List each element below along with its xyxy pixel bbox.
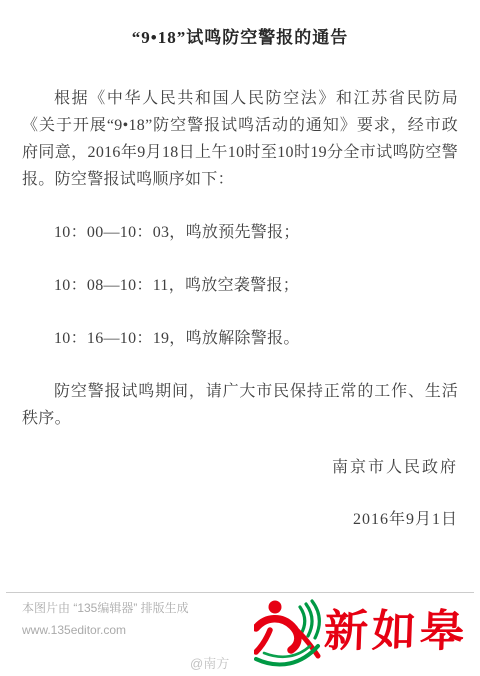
notice-body: “9•18”试鸣防空警报的通告 根据《中华人民共和国人民防空法》和江苏省民防局《… bbox=[0, 0, 480, 533]
watermark: @南方 bbox=[190, 653, 229, 672]
schedule-item-1: 10：00—10：03，鸣放预先警报； bbox=[22, 219, 458, 246]
xinrugao-logo: 新如皋 bbox=[254, 596, 468, 668]
notice-page: “9•18”试鸣防空警报的通告 根据《中华人民共和国人民防空法》和江苏省民防局《… bbox=[0, 0, 480, 676]
editor-credit-line: 本图片由 “135编辑器” 排版生成 bbox=[22, 597, 189, 619]
notice-title: “9•18”试鸣防空警报的通告 bbox=[22, 26, 458, 49]
runner-swoosh-logo-icon bbox=[254, 596, 322, 668]
notice-closing-paragraph: 防空警报试鸣期间，请广大市民保持正常的工作、生活秩序。 bbox=[22, 378, 458, 432]
footer-divider bbox=[6, 592, 474, 593]
notice-date: 2016年9月1日 bbox=[22, 506, 458, 533]
logo-wordmark: 新如皋 bbox=[323, 610, 469, 654]
editor-website: www.135editor.com bbox=[22, 619, 189, 641]
editor-credit-block: 本图片由 “135编辑器” 排版生成 www.135editor.com bbox=[22, 597, 189, 641]
notice-intro-paragraph: 根据《中华人民共和国人民防空法》和江苏省民防局《关于开展“9•18”防空警报试鸣… bbox=[22, 85, 458, 193]
schedule-item-3: 10：16—10：19，鸣放解除警报。 bbox=[22, 325, 458, 352]
signature: 南京市人民政府 bbox=[22, 454, 458, 481]
schedule-item-2: 10：08—10：11，鸣放空袭警报； bbox=[22, 272, 458, 299]
